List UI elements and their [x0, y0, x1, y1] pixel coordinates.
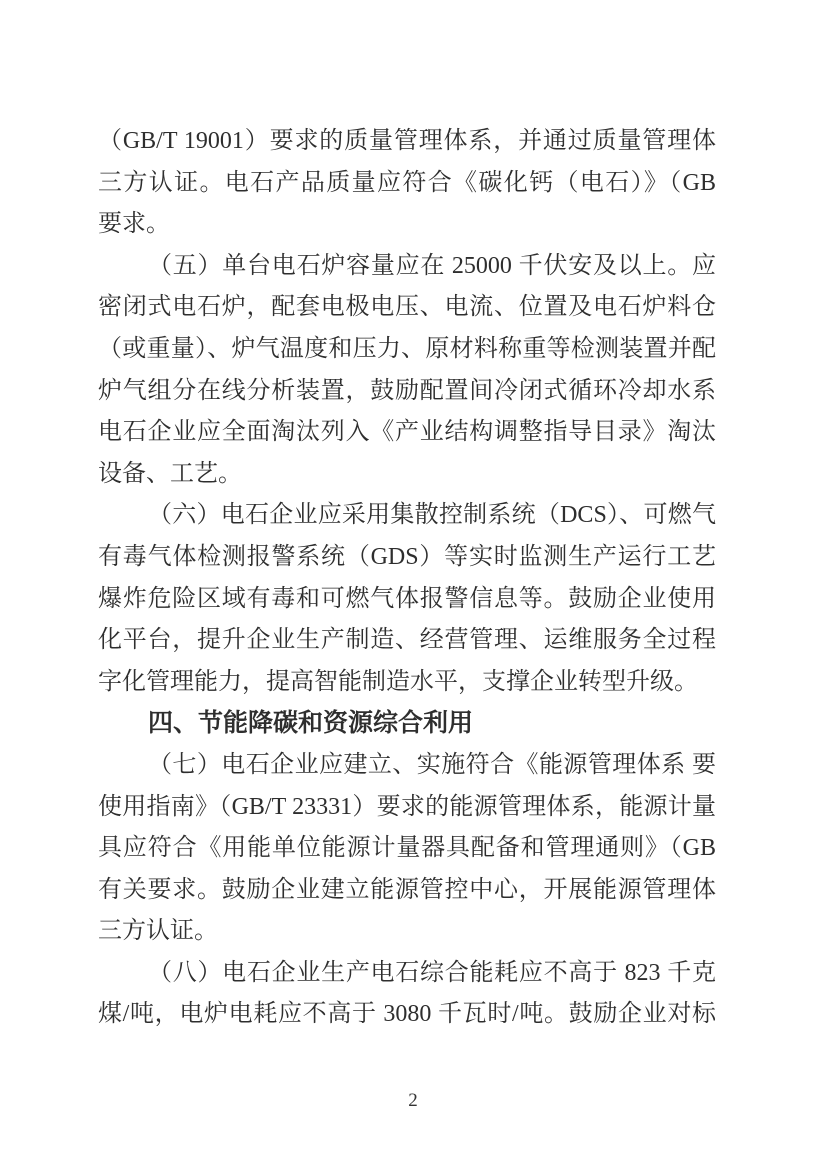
text-line: 设备、工艺。 [98, 454, 716, 496]
text-line: 具应符合《用能单位能源计量器具配备和管理通则》（GB 17167） [98, 828, 716, 870]
text-line: （七）电石企业应建立、实施符合《能源管理体系 要求及 [98, 745, 716, 787]
text-line: 炉气组分在线分析装置，鼓励配置间冷闭式循环冷却水系统。 [98, 371, 716, 413]
text-line: 煤/吨，电炉电耗应不高于 3080 千瓦时/吨。鼓励企业对标工业 [98, 994, 716, 1036]
text-line: （六）电石企业应采用集散控制系统（DCS）、可燃气体和 [98, 495, 716, 537]
text-line: 有毒气体检测报警系统（GDS）等实时监测生产运行工艺参数、 [98, 537, 716, 579]
text-line: （或重量）、炉气温度和压力、原材料称重等检测装置并配备 [98, 329, 716, 371]
text-line: 要求。 [98, 204, 716, 246]
text-line: 化平台，提升企业生产制造、经营管理、运维服务全过程的数 [98, 620, 716, 662]
text-line: （五）单台电石炉容量应在 25000 千伏安及以上。应采用 [98, 246, 716, 288]
document-page: （GB/T 19001）要求的质量管理体系，并通过质量管理体系第 三方认证。电石… [0, 0, 826, 1169]
text-line: 字化管理能力，提高智能制造水平，支撑企业转型升级。 [98, 662, 716, 704]
section-heading: 四、节能降碳和资源综合利用 [98, 703, 716, 745]
text-line: 使用指南》（GB/T 23331）要求的能源管理体系，能源计量器 [98, 787, 716, 829]
text-block: （GB/T 19001）要求的质量管理体系，并通过质量管理体系第 三方认证。电石… [98, 121, 716, 1036]
text-line: 密闭式电石炉，配套电极电压、电流、位置及电石炉料仓料位 [98, 287, 716, 329]
text-line: 爆炸危险区域有毒和可燃气体报警信息等。鼓励企业使用数字 [98, 579, 716, 621]
text-line: 电石企业应全面淘汰列入《产业结构调整指导目录》淘汰类的 [98, 412, 716, 454]
text-line: （八）电石企业生产电石综合能耗应不高于 823 千克标准 [98, 953, 716, 995]
text-line: （GB/T 19001）要求的质量管理体系，并通过质量管理体系第 [98, 121, 716, 163]
text-line: 有关要求。鼓励企业建立能源管控中心，开展能源管理体系第 [98, 870, 716, 912]
text-line: 三方认证。 [98, 911, 716, 953]
page-number: 2 [0, 1089, 826, 1113]
text-line: 三方认证。电石产品质量应符合《碳化钙（电石）》（GB 10665） [98, 163, 716, 205]
